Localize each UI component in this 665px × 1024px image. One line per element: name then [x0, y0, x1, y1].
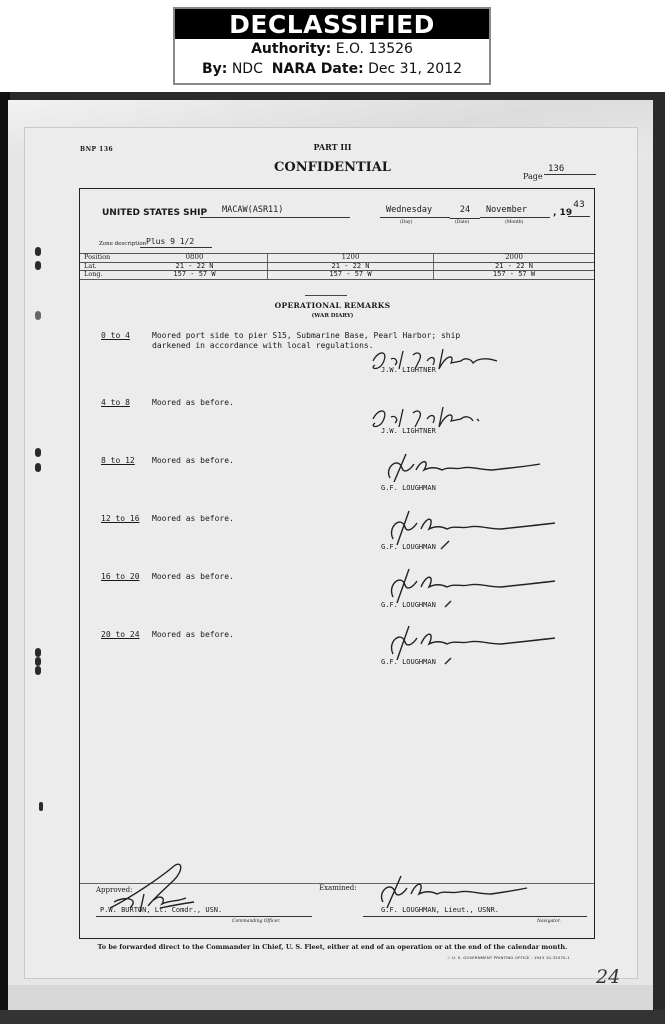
day-caption: (Day) — [400, 220, 412, 225]
day-field: Wednesday — [380, 202, 450, 218]
watch-period: 12 to 16 — [101, 514, 140, 523]
position-row-long: Long. 157 - 57 W 157 - 57 W 157 - 57 W — [80, 271, 594, 280]
approved-name: P.W. BURTON, Lt. Comdr., USN. — [100, 906, 222, 914]
watch-remark: Moored as before. — [152, 456, 234, 466]
approved-title: Commanding Officer. — [232, 919, 280, 924]
binder-hole — [35, 448, 41, 457]
by-value: NDC — [232, 61, 263, 77]
page-number: 136 — [544, 164, 596, 175]
examined-name: G.F. LOUGHMAN, Lieut., USNR. — [381, 906, 499, 914]
watch-remark: Moored as before. — [152, 630, 234, 640]
signer-name: J.W. LIGHTNER — [381, 427, 436, 435]
by-label: By: — [202, 61, 227, 77]
binder-hole — [35, 648, 41, 657]
approved-line — [96, 916, 312, 917]
row-label: Position — [80, 254, 122, 263]
binder-hole — [35, 666, 41, 675]
signer-name: G.F. LOUGHMAN — [381, 484, 436, 492]
position-table: Position 0800 1200 2000 Lat. 21 - 22 N 2… — [80, 253, 594, 280]
signer-name: G.F. LOUGHMAN — [381, 601, 436, 609]
stamp-title: DECLASSIFIED — [175, 9, 489, 39]
page-label: Page — [523, 172, 543, 181]
nara-label: NARA Date: — [272, 61, 364, 77]
remarks-title: OPERATIONAL REMARKS — [0, 301, 665, 310]
watch-remark: Moored as before. — [152, 514, 234, 524]
authority-value: E.O. 13526 — [336, 41, 413, 57]
signature-icon — [380, 448, 550, 488]
watch-period: 20 to 24 — [101, 630, 140, 639]
forwarding-note: To be forwarded direct to the Commander … — [0, 943, 665, 951]
divider — [305, 295, 347, 296]
part-heading: PART III — [0, 142, 665, 152]
signer-name: J.W. LIGHTNER — [381, 366, 436, 374]
binder-hole — [35, 261, 41, 270]
date-caption: (Date) — [455, 220, 469, 225]
scan-bottom-edge — [0, 1010, 665, 1024]
time-cell: 0800 — [122, 254, 268, 263]
binder-hole — [35, 463, 41, 472]
zone-value: Plus 9 1/2 — [140, 236, 212, 248]
signer-name: G.F. LOUGHMAN — [381, 543, 436, 551]
signer-name: G.F. LOUGHMAN — [381, 658, 436, 666]
long-cell: 157 - 57 W — [434, 271, 595, 280]
watch-remark: Moored as before. — [152, 398, 234, 408]
watch-period: 8 to 12 — [101, 456, 135, 465]
ship-label: UNITED STATES SHIP — [102, 208, 207, 218]
printer-imprint: ☆ U. S. GOVERNMENT PRINTING OFFICE : 194… — [447, 955, 570, 960]
watch-remark: Moored as before. — [152, 572, 234, 582]
examined-line — [363, 916, 587, 917]
time-cell: 2000 — [434, 254, 595, 263]
binder-hole — [35, 657, 41, 666]
watch-period: 16 to 20 — [101, 572, 140, 581]
binder-hole — [39, 802, 43, 811]
position-row-time: Position 0800 1200 2000 — [80, 254, 594, 263]
long-cell: 157 - 57 W — [122, 271, 268, 280]
watch-period: 0 to 4 — [101, 331, 130, 340]
stamp-by: By: NDC NARA Date: Dec 31, 2012 — [175, 59, 489, 79]
month-field: November — [480, 202, 550, 218]
authority-label: Authority: — [251, 41, 331, 57]
year-field: 43 — [568, 200, 590, 217]
nara-value: Dec 31, 2012 — [368, 61, 462, 77]
ship-name: MACAW(ASR11) — [200, 202, 350, 218]
stamp-authority: Authority: E.O. 13526 — [175, 39, 489, 59]
examined-label: Examined: — [319, 884, 357, 892]
examined-title: Navigator. — [537, 919, 561, 924]
watch-period: 4 to 8 — [101, 398, 130, 407]
row-label: Long. — [80, 271, 122, 280]
long-cell: 157 - 57 W — [268, 271, 434, 280]
remarks-subtitle: (WAR DIARY) — [0, 313, 665, 319]
date-field: 24 — [450, 202, 480, 219]
time-cell: 1200 — [268, 254, 434, 263]
month-caption: (Month) — [505, 220, 523, 225]
handwritten-number: 24 — [596, 966, 620, 988]
binder-hole — [35, 247, 41, 256]
declassified-stamp: DECLASSIFIED Authority: E.O. 13526 By: N… — [173, 7, 491, 85]
